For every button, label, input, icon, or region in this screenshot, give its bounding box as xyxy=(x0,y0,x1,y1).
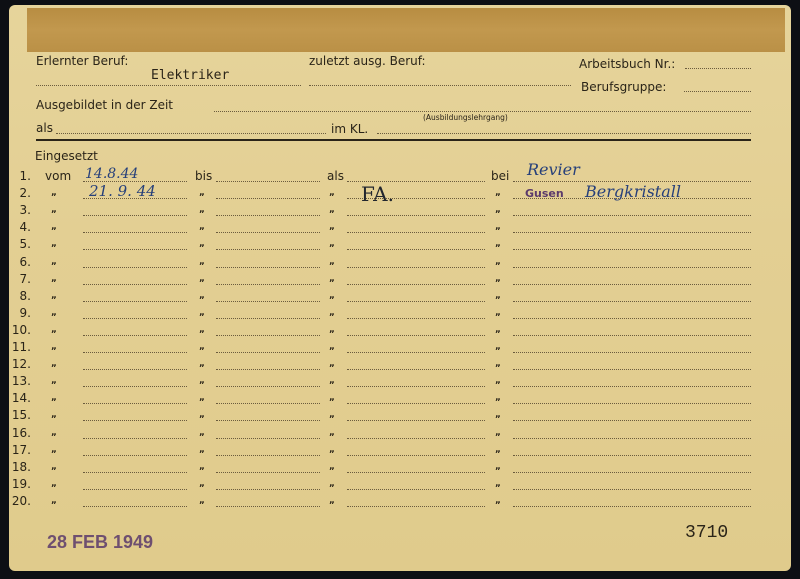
ditto-mark: „ xyxy=(329,496,335,506)
row1-bei-handwritten: Revier xyxy=(527,160,580,179)
bei-line xyxy=(513,335,751,336)
als-line xyxy=(347,284,485,285)
vom-line xyxy=(83,215,187,216)
ditto-mark: „ xyxy=(495,308,501,318)
row-number: 5. xyxy=(9,237,31,251)
bis-line xyxy=(216,489,320,490)
als-line xyxy=(347,215,485,216)
als-line xyxy=(347,506,485,507)
row-number: 13. xyxy=(9,374,31,388)
als-line xyxy=(347,352,485,353)
zuletzt-label: zuletzt ausg. Beruf: xyxy=(309,54,426,68)
registration-card: Erlernter Beruf: Elektriker zuletzt ausg… xyxy=(9,5,791,571)
ditto-mark: „ xyxy=(495,222,501,232)
ditto-mark: „ xyxy=(51,428,57,438)
bei-line xyxy=(513,301,751,302)
berufsgruppe-line xyxy=(684,91,751,92)
vom-line xyxy=(83,318,187,319)
ditto-mark: „ xyxy=(329,359,335,369)
als-line xyxy=(347,232,485,233)
als-line xyxy=(347,335,485,336)
ditto-mark: „ xyxy=(199,462,205,472)
vom-line xyxy=(83,249,187,250)
ditto-mark: „ xyxy=(51,342,57,352)
bei-line xyxy=(513,386,751,387)
ditto-mark: „ xyxy=(199,188,205,198)
bei-line xyxy=(513,489,751,490)
bei-line xyxy=(513,472,751,473)
row2-als-handwritten: FA. xyxy=(361,182,394,206)
row-number: 12. xyxy=(9,357,31,371)
ditto-mark: „ xyxy=(51,325,57,335)
ditto-mark: „ xyxy=(51,376,57,386)
bei-line xyxy=(513,267,751,268)
row-number: 14. xyxy=(9,391,31,405)
ditto-mark: „ xyxy=(199,274,205,284)
erlernter-beruf-value: Elektriker xyxy=(151,68,229,83)
ditto-mark: „ xyxy=(495,274,501,284)
ditto-mark: „ xyxy=(495,325,501,335)
ditto-mark: „ xyxy=(51,479,57,489)
ditto-mark: „ xyxy=(495,496,501,506)
als-line xyxy=(347,386,485,387)
bis-line xyxy=(216,181,320,182)
ditto-mark: „ xyxy=(199,239,205,249)
ditto-mark: „ xyxy=(199,291,205,301)
bei-line xyxy=(513,215,751,216)
ausbildungslehrgang-label: (Ausbildungslehrgang) xyxy=(423,113,508,122)
date-stamp: 28 FEB 1949 xyxy=(47,532,153,553)
ditto-mark: „ xyxy=(199,342,205,352)
erlernter-beruf-label: Erlernter Beruf: xyxy=(36,54,128,68)
arbeitsbuch-label: Arbeitsbuch Nr.: xyxy=(579,57,675,71)
row-number: 6. xyxy=(9,255,31,269)
ditto-mark: „ xyxy=(199,308,205,318)
ditto-mark: „ xyxy=(51,239,57,249)
vom-label: vom xyxy=(45,169,71,183)
vom-line xyxy=(83,455,187,456)
ditto-mark: „ xyxy=(495,257,501,267)
ditto-mark: „ xyxy=(495,291,501,301)
bei-line xyxy=(513,318,751,319)
als-line xyxy=(347,369,485,370)
row-number: 15. xyxy=(9,408,31,422)
ditto-mark: „ xyxy=(51,496,57,506)
tape-strip xyxy=(27,8,785,52)
ditto-mark: „ xyxy=(199,479,205,489)
row-number: 20. xyxy=(9,494,31,508)
arbeitsbuch-line xyxy=(685,68,751,69)
als-line xyxy=(347,420,485,421)
vom-line xyxy=(83,267,187,268)
ditto-mark: „ xyxy=(51,257,57,267)
card-number: 3710 xyxy=(685,523,728,543)
als-label: als xyxy=(36,121,53,135)
im-kl-label: im KL. xyxy=(331,122,368,136)
row2-vom-handwritten: 21. 9. 44 xyxy=(89,182,156,200)
bis-line xyxy=(216,506,320,507)
als-col-label: als xyxy=(327,169,344,183)
bei-line xyxy=(513,284,751,285)
erlernter-beruf-line xyxy=(36,85,301,86)
als-line xyxy=(347,318,485,319)
vom-line xyxy=(83,489,187,490)
ditto-mark: „ xyxy=(51,205,57,215)
bis-line xyxy=(216,369,320,370)
ditto-mark: „ xyxy=(329,291,335,301)
bei-line xyxy=(513,369,751,370)
als-line xyxy=(347,249,485,250)
ditto-mark: „ xyxy=(329,342,335,352)
ditto-mark: „ xyxy=(199,393,205,403)
row-number: 10. xyxy=(9,323,31,337)
bis-line xyxy=(216,284,320,285)
row-number: 3. xyxy=(9,203,31,217)
ditto-mark: „ xyxy=(329,188,335,198)
ditto-mark: „ xyxy=(329,205,335,215)
bei-line xyxy=(513,455,751,456)
row1-vom-handwritten: 14.8.44 xyxy=(85,166,138,182)
ditto-mark: „ xyxy=(51,462,57,472)
ditto-mark: „ xyxy=(495,428,501,438)
row2-bei-handwritten: Bergkristall xyxy=(585,182,681,201)
ditto-mark: „ xyxy=(199,496,205,506)
bei-line xyxy=(513,506,751,507)
ditto-mark: „ xyxy=(199,445,205,455)
als-line xyxy=(347,455,485,456)
ditto-mark: „ xyxy=(199,205,205,215)
ditto-mark: „ xyxy=(51,308,57,318)
als-line xyxy=(347,267,485,268)
ditto-mark: „ xyxy=(51,359,57,369)
ausgebildet-label: Ausgebildet in der Zeit xyxy=(36,98,173,112)
row-number: 4. xyxy=(9,220,31,234)
eingesetzt-title: Eingesetzt xyxy=(35,149,98,163)
bis-line xyxy=(216,455,320,456)
ditto-mark: „ xyxy=(495,393,501,403)
bis-line xyxy=(216,249,320,250)
ditto-mark: „ xyxy=(199,257,205,267)
ditto-mark: „ xyxy=(329,410,335,420)
ditto-mark: „ xyxy=(495,205,501,215)
ditto-mark: „ xyxy=(495,359,501,369)
bis-label: bis xyxy=(195,169,212,183)
ditto-mark: „ xyxy=(329,308,335,318)
header-divider xyxy=(36,139,751,141)
vom-line xyxy=(83,335,187,336)
ditto-mark: „ xyxy=(329,428,335,438)
ditto-mark: „ xyxy=(51,393,57,403)
row-number: 11. xyxy=(9,340,31,354)
ditto-mark: „ xyxy=(329,376,335,386)
ditto-mark: „ xyxy=(199,428,205,438)
ditto-mark: „ xyxy=(495,239,501,249)
row-number: 17. xyxy=(9,443,31,457)
vom-line xyxy=(83,506,187,507)
ditto-mark: „ xyxy=(495,479,501,489)
bei-label: bei xyxy=(491,169,509,183)
row-number: 8. xyxy=(9,289,31,303)
vom-line xyxy=(83,284,187,285)
ditto-mark: „ xyxy=(51,222,57,232)
bis-line xyxy=(216,301,320,302)
bis-line xyxy=(216,352,320,353)
als-line xyxy=(347,403,485,404)
bis-line xyxy=(216,267,320,268)
als-line xyxy=(347,472,485,473)
vom-line xyxy=(83,352,187,353)
vom-line xyxy=(83,369,187,370)
als-line xyxy=(347,301,485,302)
ditto-mark: „ xyxy=(495,342,501,352)
ditto-mark: „ xyxy=(199,376,205,386)
ditto-mark: „ xyxy=(329,274,335,284)
ditto-mark: „ xyxy=(51,188,57,198)
row-number: 1. xyxy=(9,169,31,183)
ditto-mark: „ xyxy=(329,393,335,403)
als-line xyxy=(56,133,326,134)
bei-line xyxy=(513,403,751,404)
row-number: 18. xyxy=(9,460,31,474)
row-number: 9. xyxy=(9,306,31,320)
bis-line xyxy=(216,403,320,404)
ditto-mark: „ xyxy=(495,188,501,198)
ditto-mark: „ xyxy=(329,462,335,472)
ditto-mark: „ xyxy=(51,291,57,301)
bis-line xyxy=(216,198,320,199)
bis-line xyxy=(216,472,320,473)
als-line xyxy=(347,489,485,490)
bis-line xyxy=(216,232,320,233)
vom-line xyxy=(83,472,187,473)
ditto-mark: „ xyxy=(51,445,57,455)
row-number: 7. xyxy=(9,272,31,286)
ditto-mark: „ xyxy=(329,239,335,249)
bei-line xyxy=(513,438,751,439)
zuletzt-line xyxy=(309,85,571,86)
ditto-mark: „ xyxy=(199,222,205,232)
row-number: 2. xyxy=(9,186,31,200)
vom-line xyxy=(83,232,187,233)
ditto-mark: „ xyxy=(329,445,335,455)
ditto-mark: „ xyxy=(329,257,335,267)
vom-line xyxy=(83,301,187,302)
gusen-stamp: Gusen xyxy=(525,187,564,200)
als-line xyxy=(347,438,485,439)
im-kl-line xyxy=(377,133,751,134)
ditto-mark: „ xyxy=(329,479,335,489)
ditto-mark: „ xyxy=(495,410,501,420)
bis-line xyxy=(216,386,320,387)
berufsgruppe-label: Berufsgruppe: xyxy=(581,80,666,94)
bis-line xyxy=(216,420,320,421)
ditto-mark: „ xyxy=(495,376,501,386)
row-number: 19. xyxy=(9,477,31,491)
bei-line xyxy=(513,420,751,421)
bis-line xyxy=(216,215,320,216)
vom-line xyxy=(83,403,187,404)
bis-line xyxy=(216,318,320,319)
ausgebildet-line xyxy=(214,111,751,112)
ditto-mark: „ xyxy=(495,462,501,472)
vom-line xyxy=(83,438,187,439)
ditto-mark: „ xyxy=(199,325,205,335)
ditto-mark: „ xyxy=(495,445,501,455)
ditto-mark: „ xyxy=(199,359,205,369)
ditto-mark: „ xyxy=(199,410,205,420)
ditto-mark: „ xyxy=(51,274,57,284)
ditto-mark: „ xyxy=(51,410,57,420)
ditto-mark: „ xyxy=(329,325,335,335)
bei-line xyxy=(513,232,751,233)
bis-line xyxy=(216,335,320,336)
row-number: 16. xyxy=(9,426,31,440)
bis-line xyxy=(216,438,320,439)
vom-line xyxy=(83,386,187,387)
ditto-mark: „ xyxy=(329,222,335,232)
bei-line xyxy=(513,352,751,353)
bei-line xyxy=(513,249,751,250)
vom-line xyxy=(83,420,187,421)
